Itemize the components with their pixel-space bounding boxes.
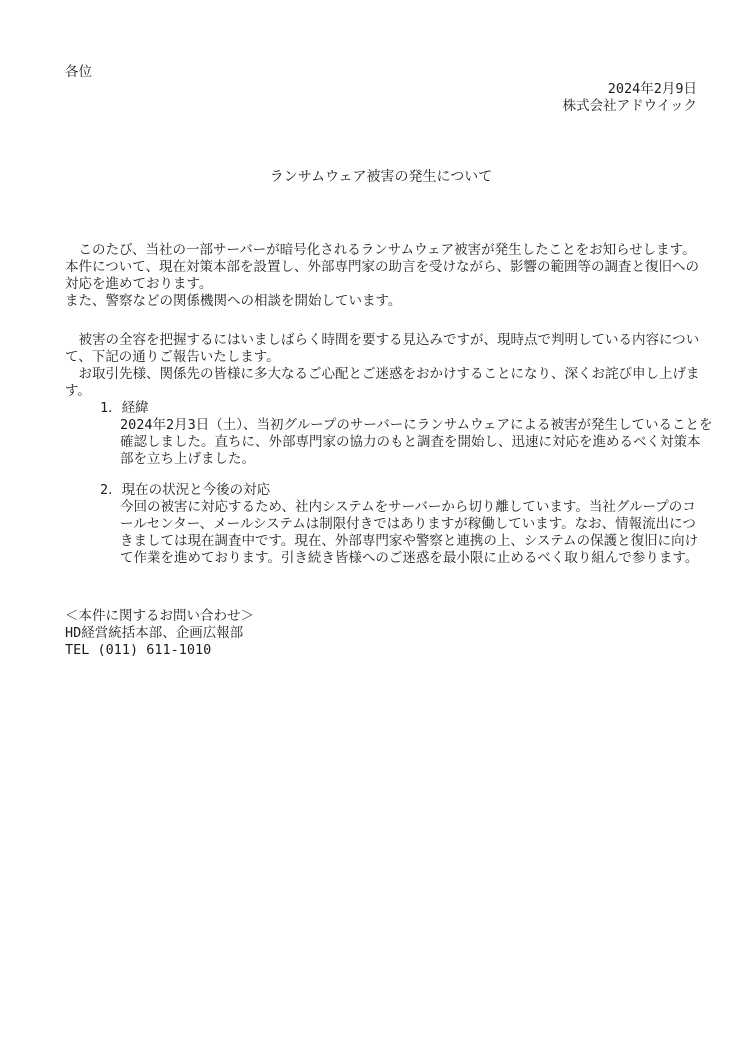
intro-line: 本件について、現在対策本部を設置し、外部専門家の助言を受けながら、影響の範囲等の… — [65, 259, 697, 276]
intro-line: 対応を進めております。 — [65, 276, 697, 293]
intro-line: このたび、当社の一部サーバーが暗号化されるランサムウェア被害が発生したことをお知… — [65, 242, 697, 259]
section-current-line: きましては現在調査中です。現在、外部専門家や警察と連携の上、システムの保護と復旧… — [120, 533, 697, 550]
report-line: 被害の全容を把握するにはいましばらく時間を要する見込みですが、現時点で判明してい… — [65, 332, 697, 349]
section-history-line: 確認しました。直ちに、外部専門家の協力のもと調査を開始し、迅速に対応を進めるべく… — [120, 434, 697, 451]
section-history-heading: 1．経緯 — [100, 400, 697, 417]
report-paragraph: 被害の全容を把握するにはいましばらく時間を要する見込みですが、現時点で判明してい… — [65, 332, 697, 400]
intro-paragraph: このたび、当社の一部サーバーが暗号化されるランサムウェア被害が発生したことをお知… — [65, 242, 697, 310]
section-current-line: 今回の被害に対応するため、社内システムをサーバーから切り離しています。当社グルー… — [120, 499, 697, 516]
section-current-line: ールセンター、メールシステムは制限付きではありますが稼働しています。なお、情報流… — [120, 516, 697, 533]
intro-line: また、警察などの関係機関への相談を開始しています。 — [65, 293, 697, 310]
section-history-line: 2024年2月3日（土）、当初グループのサーバーにランサムウェアによる被害が発生… — [120, 417, 697, 434]
report-line: お取引先様、関係先の皆様に多大なるご心配とご迷惑をおかけすることになり、深くお詫… — [65, 366, 697, 383]
company-name: 株式会社アドウイック — [65, 98, 697, 115]
section-history: 1．経緯 2024年2月3日（土）、当初グループのサーバーにランサムウェアによる… — [65, 400, 697, 468]
section-history-line: 部を立ち上げました。 — [120, 451, 697, 468]
section-current-line: て作業を進めております。引き続き皆様へのご迷惑を最小限に止めるべく取り組んで参り… — [120, 550, 697, 567]
document-title: ランサムウェア被害の発生について — [65, 169, 697, 186]
document-header-right: 2024年2月9日 株式会社アドウイック — [65, 81, 697, 115]
report-line: て、下記の通りご報告いたします。 — [65, 349, 697, 366]
section-current-heading: 2．現在の状況と今後の対応 — [100, 482, 697, 499]
section-current-body: 今回の被害に対応するため、社内システムをサーバーから切り離しています。当社グルー… — [120, 499, 697, 567]
recipient: 各位 — [65, 64, 697, 81]
contact-block: ＜本件に関するお問い合わせ＞ HD経営統括本部、企画広報部 TEL (011) … — [65, 608, 697, 659]
contact-department: HD経営統括本部、企画広報部 — [65, 625, 697, 642]
section-current-status: 2．現在の状況と今後の対応 今回の被害に対応するため、社内システムをサーバーから… — [65, 482, 697, 567]
contact-tel: TEL (011) 611-1010 — [65, 642, 697, 659]
section-history-body: 2024年2月3日（土）、当初グループのサーバーにランサムウェアによる被害が発生… — [120, 417, 697, 468]
document-page: 各位 2024年2月9日 株式会社アドウイック ランサムウェア被害の発生について… — [0, 0, 750, 1060]
document-date: 2024年2月9日 — [65, 81, 697, 98]
contact-heading: ＜本件に関するお問い合わせ＞ — [65, 608, 697, 625]
report-line: す。 — [65, 383, 697, 400]
